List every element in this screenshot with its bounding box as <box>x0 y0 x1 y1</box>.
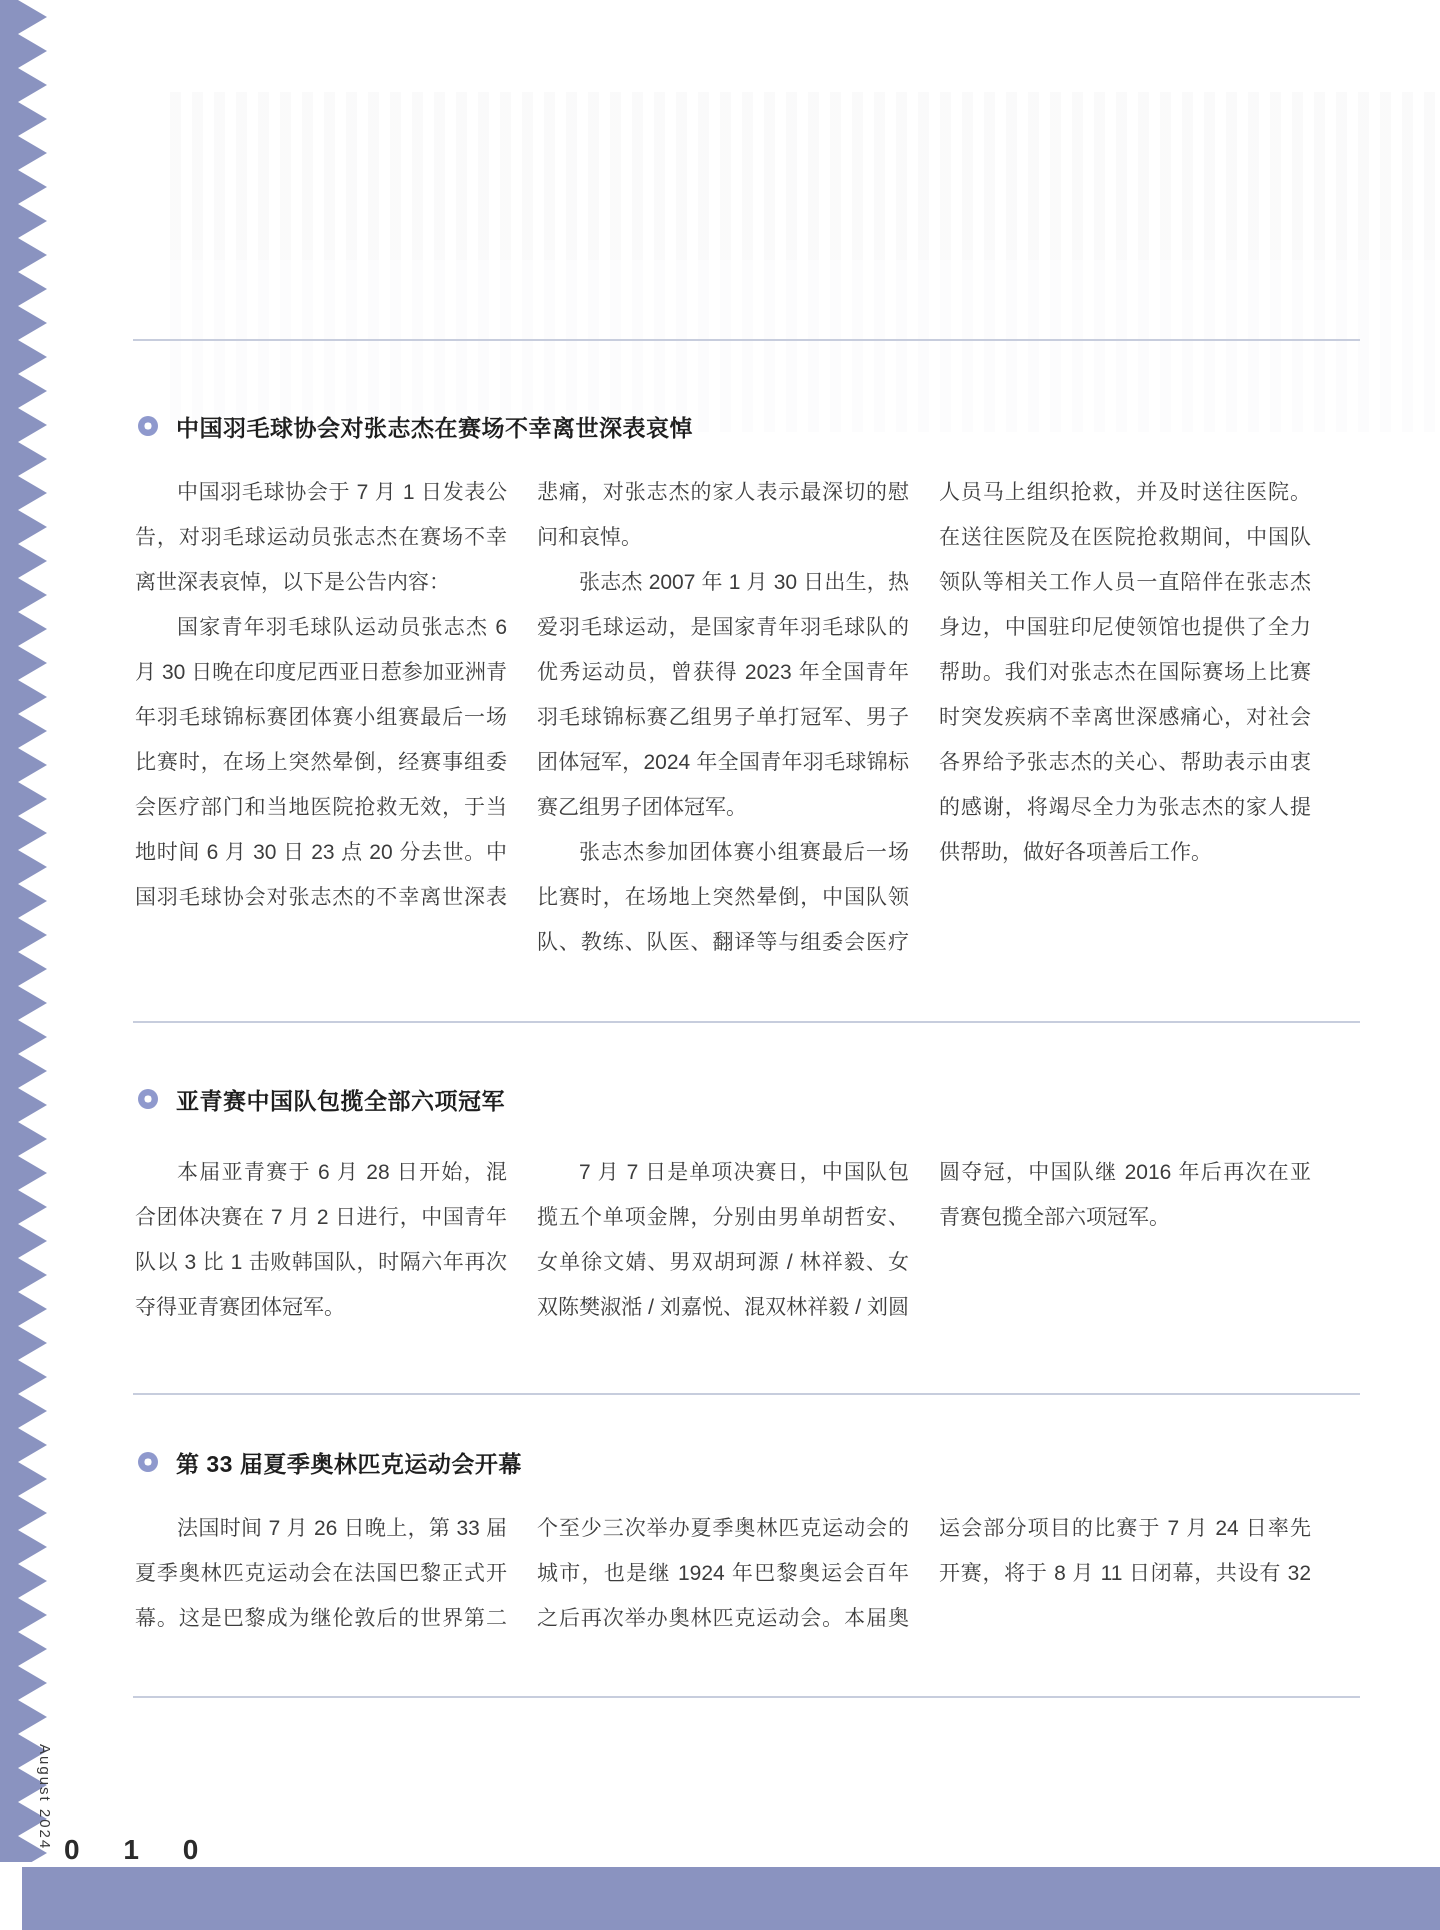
article-heading: 第 33 届夏季奥林匹克运动会开幕 <box>138 1444 522 1480</box>
article-title: 亚青赛中国队包揽全部六项冠军 <box>176 1083 505 1116</box>
article-title: 中国羽毛球协会对张志杰在赛场不幸离世深表哀悼 <box>176 410 693 443</box>
watermark-stripes-lower <box>170 260 1440 432</box>
article-body: 本届亚青赛于 6 月 28 日开始，混合团体决赛在 7 月 2 日进行，中国青年… <box>135 1150 1311 1330</box>
section-divider <box>133 1393 1360 1395</box>
bottom-accent-bar <box>22 1867 1440 1930</box>
sawtooth-ribbon <box>0 0 48 1862</box>
article-heading: 中国羽毛球协会对张志杰在赛场不幸离世深表哀悼 <box>138 408 693 444</box>
body-paragraph: 7 月 7 日是单项决赛日，中国队包揽五个单项金牌，分别由男单胡哲安、女单徐文婧… <box>537 1150 1311 1330</box>
section-divider <box>133 1696 1360 1698</box>
article-body: 法国时间 7 月 26 日晚上，第 33 届夏季奥林匹克运动会在法国巴黎正式开幕… <box>135 1506 1311 1641</box>
body-paragraph: 本届亚青赛于 6 月 28 日开始，混合团体决赛在 7 月 2 日进行，中国青年… <box>135 1150 507 1330</box>
article-body: 中国羽毛球协会于 7 月 1 日发表公告，对羽毛球运动员张志杰在赛场不幸离世深表… <box>135 470 1311 965</box>
body-paragraph: 张志杰 2007 年 1 月 30 日出生，热爱羽毛球运动，是国家青年羽毛球队的… <box>537 560 909 830</box>
body-paragraph: 法国时间 7 月 26 日晚上，第 33 届夏季奥林匹克运动会在法国巴黎正式开幕… <box>135 1506 1311 1641</box>
magazine-page: 中国羽毛球协会对张志杰在赛场不幸离世深表哀悼 中国羽毛球协会于 7 月 1 日发… <box>0 0 1440 1930</box>
page-number: 0 1 0 <box>64 1834 216 1866</box>
section-divider <box>133 1021 1360 1023</box>
article-title: 第 33 届夏季奥林匹克运动会开幕 <box>176 1446 522 1479</box>
bullet-icon <box>138 416 158 436</box>
watermark-stripes-top <box>170 92 1440 260</box>
footer-month-label: August 2024 <box>36 1744 53 1850</box>
article-heading: 亚青赛中国队包揽全部六项冠军 <box>138 1081 505 1117</box>
bullet-icon <box>138 1452 158 1472</box>
section-divider <box>133 339 1360 341</box>
bullet-icon <box>138 1089 158 1109</box>
body-paragraph: 中国羽毛球协会于 7 月 1 日发表公告，对羽毛球运动员张志杰在赛场不幸离世深表… <box>135 470 507 605</box>
